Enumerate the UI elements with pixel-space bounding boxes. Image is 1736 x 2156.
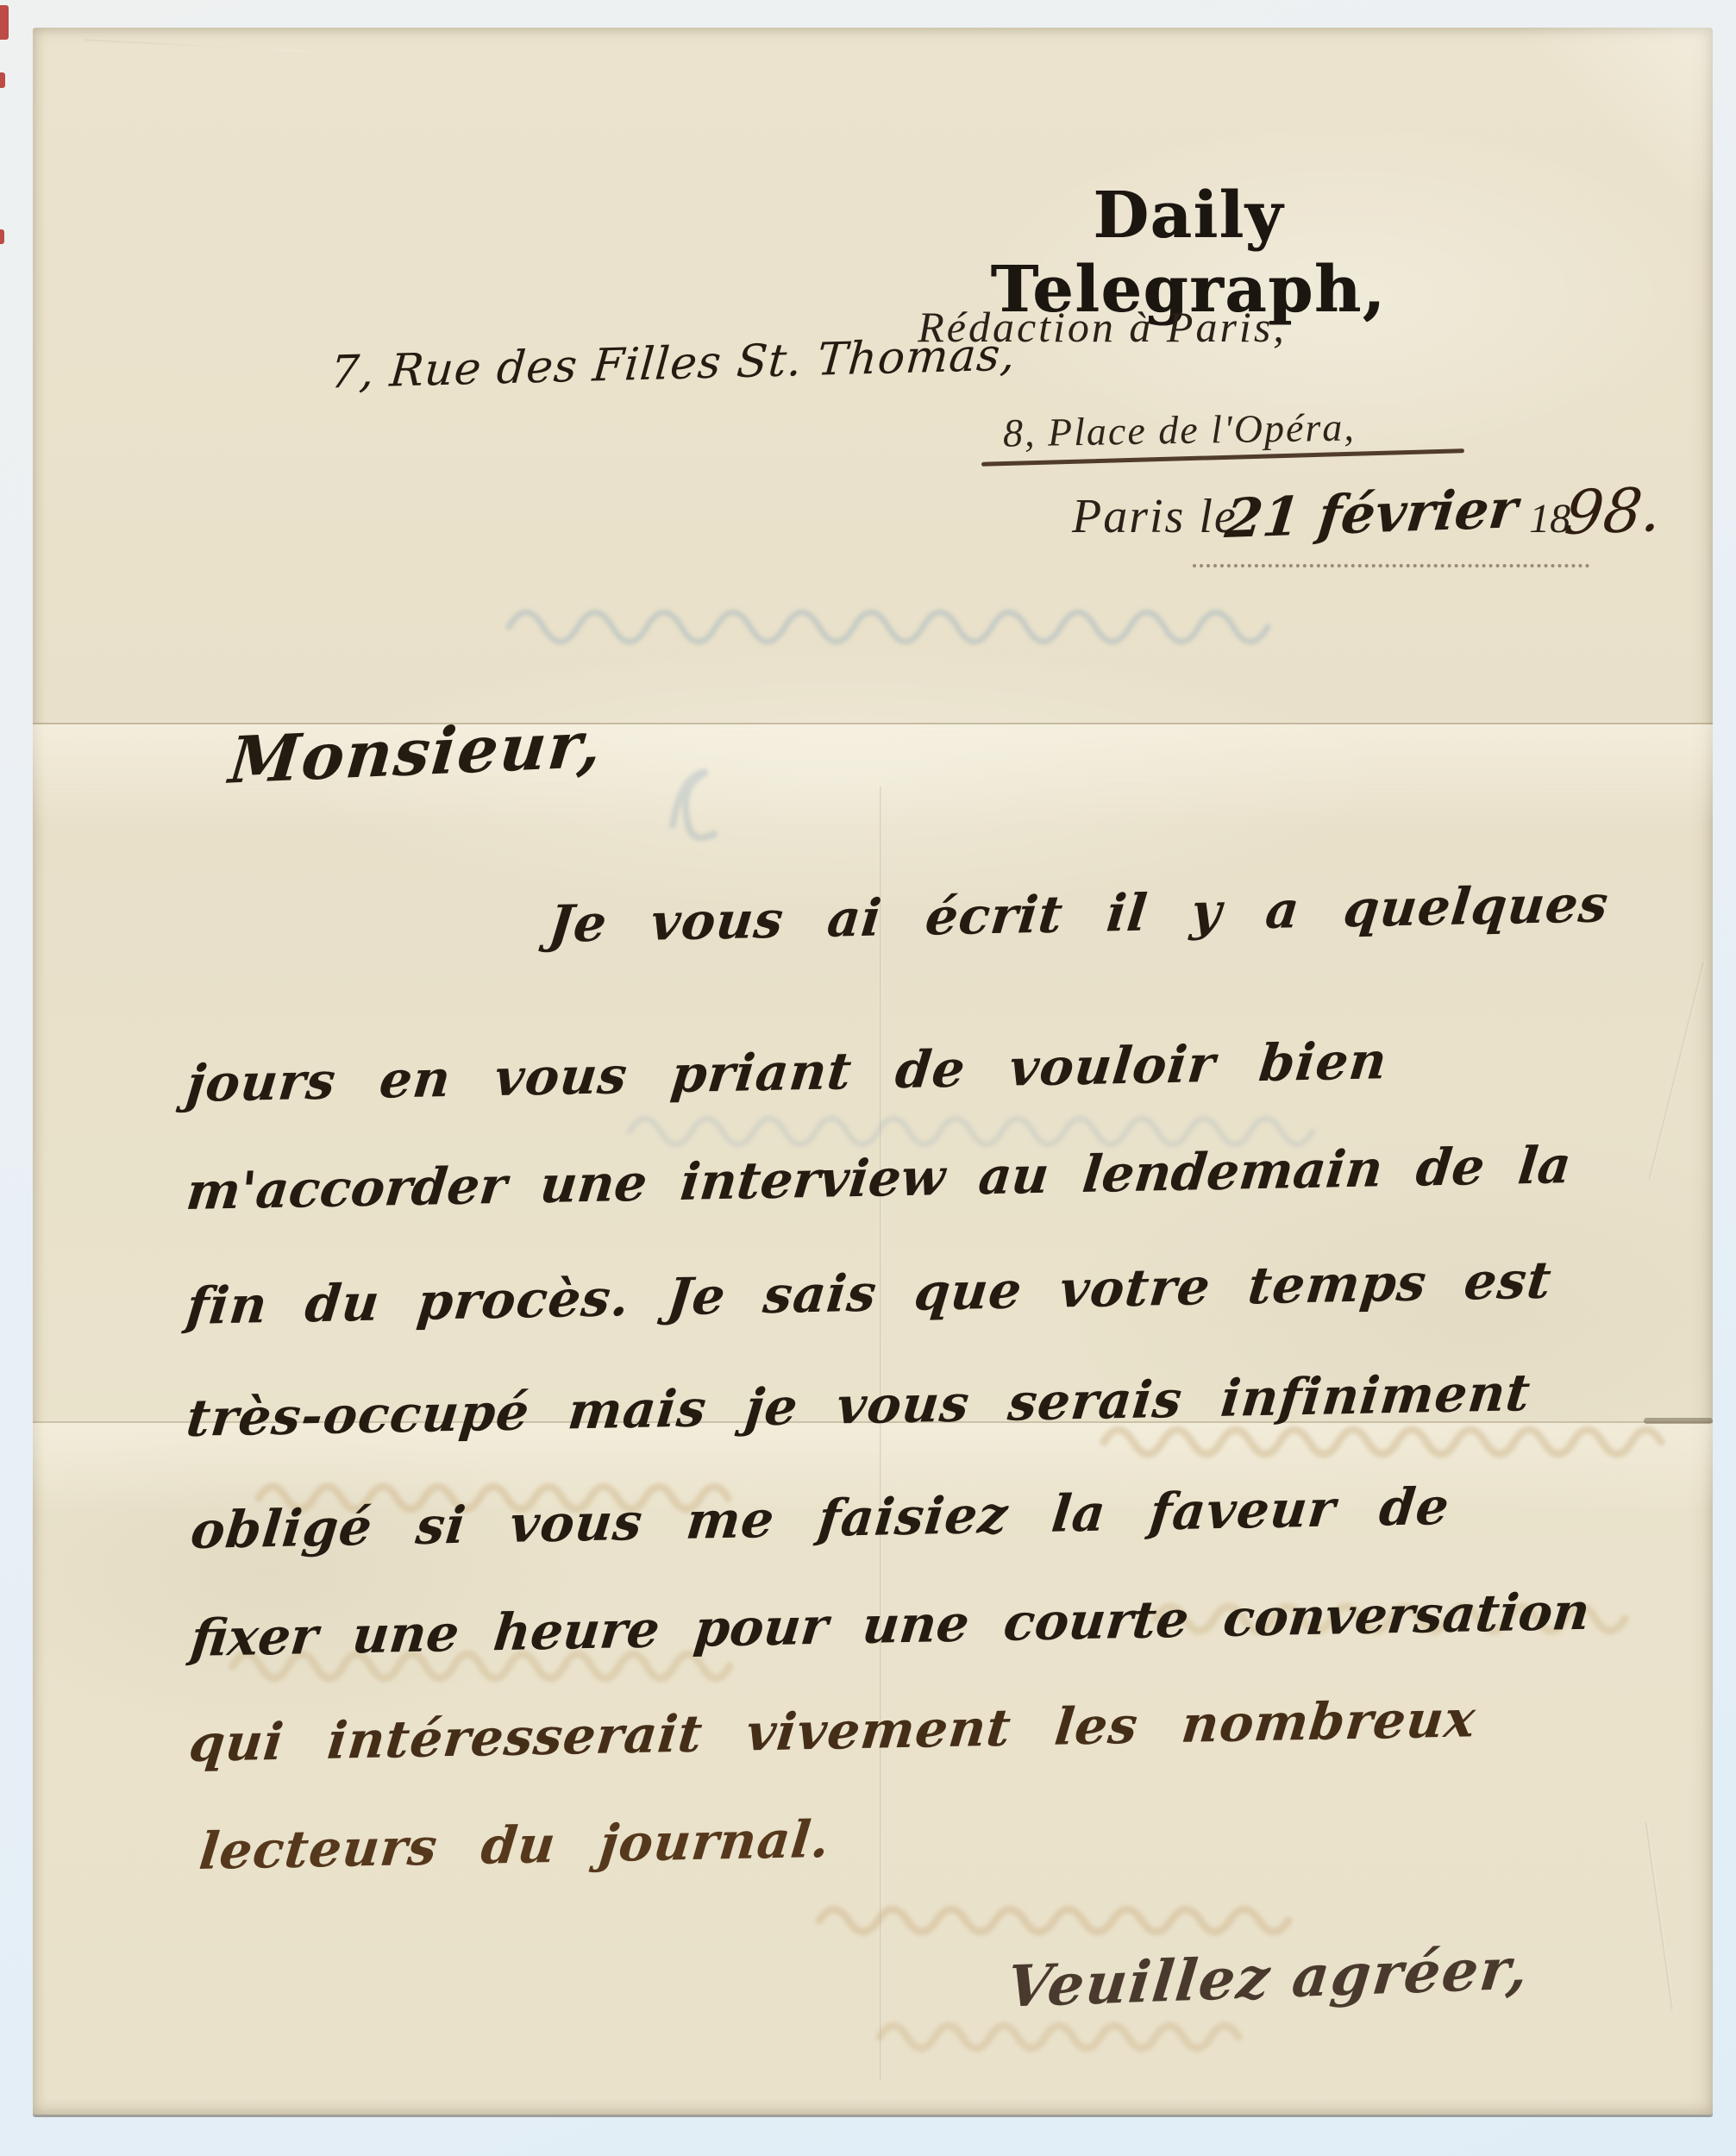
scanned-letter-screenshot: { "colors": { "scan_background": "#e9f0f… (0, 0, 1736, 2156)
scan-edge-red-mark (0, 72, 5, 88)
dateline: Paris le 21 février 18 98. (1072, 476, 1661, 547)
ghost-script-blue (509, 612, 1268, 642)
scan-edge-red-mark (0, 5, 9, 40)
ghost-script-tan (880, 2026, 1238, 2048)
body-line: lecteurs du journal. (197, 1809, 833, 1881)
struck-old-address: 8, Place de l'Opéra, (1003, 404, 1357, 455)
dateline-handwritten-year: 98. (1562, 474, 1665, 548)
ghost-script-tan (1104, 1430, 1661, 1454)
dateline-printed-prefix: Paris le (1072, 489, 1238, 544)
dateline-handwritten-day-month: 21 février (1222, 477, 1520, 550)
scan-edge-red-mark (0, 229, 4, 244)
ghost-script-blue (673, 772, 714, 837)
date-dotted-rule (1193, 564, 1589, 567)
ghost-script-tan (819, 1909, 1288, 1932)
ghost-script-blue (630, 1119, 1313, 1144)
letter-page: Daily Telegraph, Rédaction à Paris, 8, P… (33, 28, 1713, 2115)
